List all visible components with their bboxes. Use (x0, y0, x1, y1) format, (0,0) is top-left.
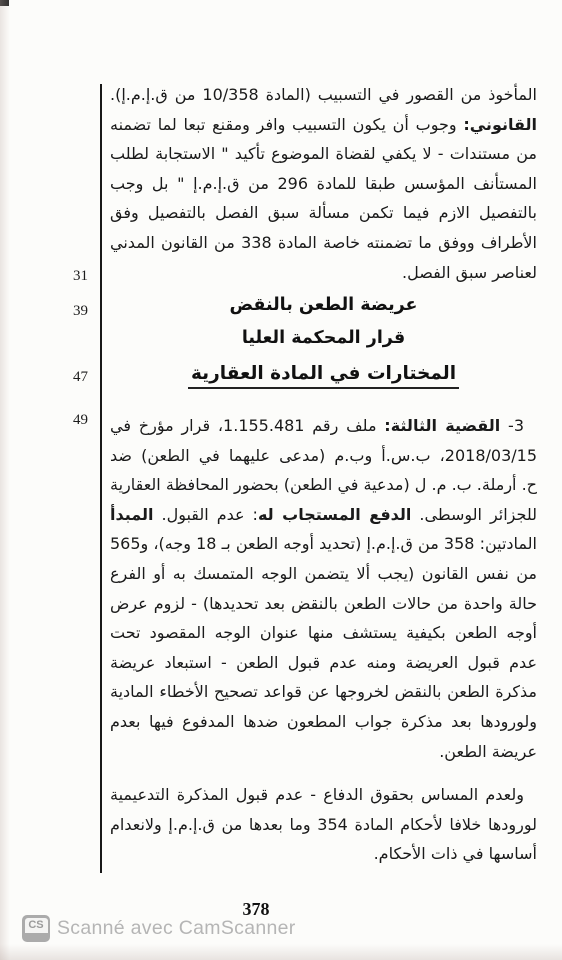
text-segment: للجزائر الوسطى. (411, 505, 537, 524)
text-segment: 2018/03/15، ب.س.أ وب.م (مدعى عليهما في ا… (110, 446, 537, 471)
paragraph-third-case: 3- القضية الثالثة: ملف رقم 1.155.481، قر… (110, 411, 537, 766)
heading-selected-real-estate-cases: المختارات في المادة العقارية (110, 363, 537, 389)
bold-text-segment: الدفع المستجاب له (258, 505, 411, 524)
text-segment: بالتفصيل الازم فيما تكمن مسألة سبق الفصل… (110, 203, 537, 228)
margin-rule-line (100, 84, 102, 873)
text-line: من نفس القانون (يجب ألا يتضمن الوجه المت… (110, 559, 537, 589)
underlined-heading-text: المختارات في المادة العقارية (188, 363, 459, 389)
text-line: الأطراف ووفق ما تضمنته خاصة المادة 338 م… (110, 228, 537, 258)
bold-text-segment: القضية الثالثة: (384, 416, 500, 435)
text-line: أساسها في ذات الأحكام. (110, 839, 537, 869)
text-line: المستأنف المؤسس طبقا للمادة 296 من ق.إ.م… (110, 169, 537, 199)
camscanner-logo-icon: CS (22, 915, 50, 942)
text-segment: 3- (500, 416, 524, 435)
text-line: لورودها خلافا لأحكام المادة 354 وما بعده… (110, 810, 537, 840)
text-line: ولعدم المساس بحقوق الدفاع - عدم قبول الم… (110, 780, 537, 810)
scanned-book-page: 31394749 المأخوذ من القصور في التسبيب (ا… (0, 0, 562, 960)
text-segment: ولعدم المساس بحقوق الدفاع - عدم قبول الم… (110, 785, 524, 810)
text-segment: حالة واحدة من حالات الطعن بالنقض بعد تحد… (110, 594, 537, 613)
text-line: للجزائر الوسطى. الدفع المستجاب له: عدم ا… (110, 500, 537, 530)
text-line: من مستندات - لا يكفي لقضاة الموضوع تأكيد… (110, 139, 537, 169)
margin-number: 47 (54, 369, 88, 386)
text-line: مذكرة الطعن بالنقض لخروجها عن قواعد تصحي… (110, 677, 537, 707)
text-segment: : عدم القبول. (153, 505, 257, 524)
heading-appeal-petition: عريضة الطعن بالنقض (110, 295, 537, 315)
text-segment: من نفس القانون (يجب ألا يتضمن الوجه المت… (110, 564, 537, 589)
text-line: ح. أرملة. ب. م. ل (مدعية في الطعن) بحضور… (110, 470, 537, 500)
text-segment: مذكرة الطعن بالنقض لخروجها عن قواعد تصحي… (110, 682, 537, 701)
paragraph-legal-principle: المأخوذ من القصور في التسبيب (المادة 10/… (110, 80, 537, 287)
text-line: 3- القضية الثالثة: ملف رقم 1.155.481، قر… (110, 411, 537, 441)
text-line: المأخوذ من القصور في التسبيب (المادة 10/… (110, 80, 537, 110)
bold-text-segment: القانوني: (463, 115, 537, 134)
text-segment: أساسها في ذات الأحكام. (374, 844, 537, 863)
text-segment: عريضة الطعن. (439, 742, 537, 761)
scan-left-edge-shadow (0, 0, 10, 960)
margin-number: 31 (54, 268, 88, 285)
text-line: بالتفصيل الازم فيما تكمن مسألة سبق الفصل… (110, 198, 537, 228)
text-segment: المأخوذ من القصور في التسبيب (المادة 10/… (110, 85, 537, 104)
page-text-content: المأخوذ من القصور في التسبيب (المادة 10/… (110, 0, 537, 900)
text-segment: لورودها خلافا لأحكام المادة 354 وما بعده… (110, 815, 537, 834)
text-line: أوجه الطعن بكيفية يستشف منها عنوان الوجه… (110, 618, 537, 648)
text-segment: المادتين: 358 من ق.إ.م.إ (تحديد أوجه الط… (110, 534, 537, 553)
paragraph-defense-rights: ولعدم المساس بحقوق الدفاع - عدم قبول الم… (110, 780, 537, 869)
text-line: عريضة الطعن. (110, 737, 537, 767)
text-line: القانوني: وجوب أن يكون التسبيب وافر ومقن… (110, 110, 537, 140)
text-segment: من مستندات - لا يكفي لقضاة الموضوع تأكيد… (110, 144, 537, 163)
margin-number: 39 (54, 303, 88, 320)
text-line: ولورودها بعد مذكرة جواب المطعون ضدها الم… (110, 707, 537, 737)
text-segment: عدم قبول العريضة ومنه عدم قبول الطعن - ا… (110, 653, 537, 678)
text-segment: الأطراف ووفق ما تضمنته خاصة المادة 338 م… (110, 233, 537, 258)
text-line: لعناصر سبق الفصل. (110, 258, 537, 288)
text-segment: ملف رقم 1.155.481، قرار مؤرخ في (110, 416, 384, 435)
camscanner-logo-label: CS (25, 918, 48, 933)
text-line: حالة واحدة من حالات الطعن بالنقض بعد تحد… (110, 589, 537, 619)
heading-supreme-court-decision: قرار المحكمة العليا (110, 328, 537, 348)
margin-number: 49 (54, 412, 88, 429)
text-line: عدم قبول العريضة ومنه عدم قبول الطعن - ا… (110, 648, 537, 678)
text-segment: ح. أرملة. ب. م. ل (مدعية في الطعن) بحضور… (110, 475, 537, 494)
text-segment: أوجه الطعن بكيفية يستشف منها عنوان الوجه… (110, 623, 537, 648)
watermark-text: Scanné avec CamScanner (57, 917, 296, 940)
text-segment: المستأنف المؤسس طبقا للمادة 296 من ق.إ.م… (110, 174, 537, 199)
text-segment: ولورودها بعد مذكرة جواب المطعون ضدها الم… (110, 712, 537, 737)
text-line: 2018/03/15، ب.س.أ وب.م (مدعى عليهما في ا… (110, 441, 537, 471)
text-segment: لعناصر سبق الفصل. (402, 263, 537, 282)
scan-bottom-edge-shadow (0, 944, 562, 960)
text-line: المادتين: 358 من ق.إ.م.إ (تحديد أوجه الط… (110, 529, 537, 559)
